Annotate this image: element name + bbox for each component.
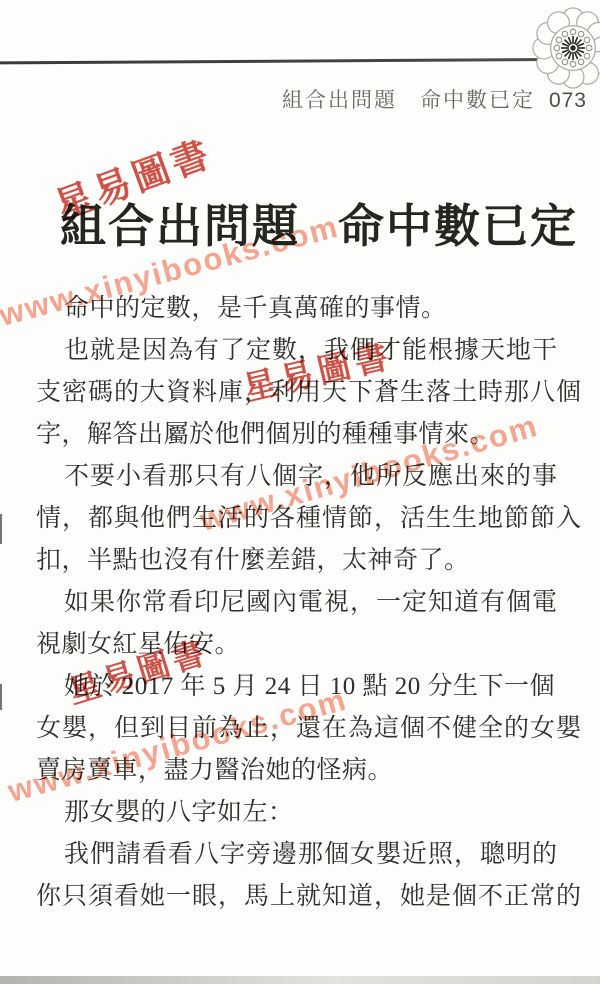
- body-line: 扣，半點也沒有什麼差錯，太神奇了。: [36, 540, 566, 582]
- book-page-scan: 組合出問題 命中數已定073 組合出問題命中數已定 命中的定數，是千真萬確的事情…: [0, 0, 600, 984]
- header-divider: [0, 58, 552, 64]
- body-line: 那女嬰的八字如左：: [36, 792, 566, 834]
- scan-edge-mark: [0, 684, 2, 710]
- body-line: 你只須看她一眼，馬上就知道，她是個不正常的: [36, 876, 566, 918]
- page-number: 073: [549, 89, 587, 112]
- body-line: 我們請看看八字旁邊那個女嬰近照，聰明的: [36, 834, 566, 876]
- running-header: 組合出問題 命中數已定073: [282, 84, 587, 114]
- chapter-title-right: 命中數已定: [338, 201, 578, 252]
- scan-edge-mark: [0, 514, 2, 544]
- scan-bottom-edge: [0, 976, 600, 984]
- body-line: 如果你常看印尼國內電視，一定知道有個電: [36, 582, 566, 624]
- running-header-chapter: 組合出問題 命中數已定: [282, 89, 535, 112]
